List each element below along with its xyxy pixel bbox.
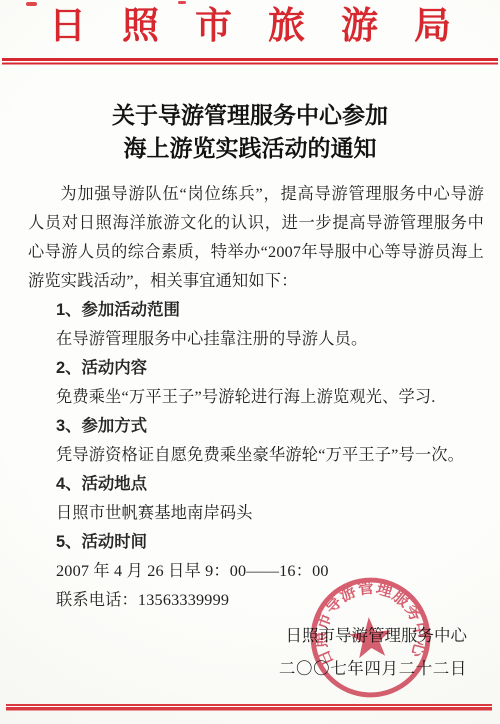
section-1-heading: 1、参加活动范围 (28, 296, 484, 325)
intro-paragraph: 为加强导游队伍“岗位练兵”，提高导游管理服务中心导游人员对日照海洋旅游文化的认识… (28, 180, 484, 296)
section-3-heading: 3、参加方式 (28, 412, 484, 441)
section-2-heading: 2、活动内容 (28, 354, 484, 383)
letterhead-divider-line (2, 58, 498, 65)
notice-document: 日照市旅游局 关于导游管理服务中心参加 海上游览实践活动的通知 为加强导游队伍“… (0, 0, 500, 724)
section-3-content: 凭导游资格证自愿免费乘坐豪华游轮“万平王子”号一次。 (28, 441, 484, 470)
section-4-content: 日照市世帆赛基地南岸码头 (28, 499, 484, 528)
notice-title: 关于导游管理服务中心参加 海上游览实践活动的通知 (0, 99, 500, 165)
section-4-heading: 4、活动地点 (28, 470, 484, 499)
notice-body: 为加强导游队伍“岗位练兵”，提高导游管理服务中心导游人员对日照海洋旅游文化的认识… (28, 180, 484, 615)
section-2-content: 免费乘坐“万平王子”号游轮进行海上游览观光、学习. (28, 383, 484, 412)
section-5-heading: 5、活动时间 (28, 528, 484, 557)
notice-title-line2: 海上游览实践活动的通知 (124, 136, 377, 161)
footer-divider-line (6, 704, 492, 712)
letterhead-org-name: 日照市旅游局 (0, 6, 500, 48)
section-1-content: 在导游管理服务中心挂靠注册的导游人员。 (28, 325, 484, 354)
scan-artifact-mark (178, 1, 186, 4)
star-icon (348, 615, 393, 659)
official-seal-stamp: 日照市导游管理服务中心 (304, 571, 437, 704)
notice-title-line1: 关于导游管理服务中心参加 (112, 103, 388, 128)
